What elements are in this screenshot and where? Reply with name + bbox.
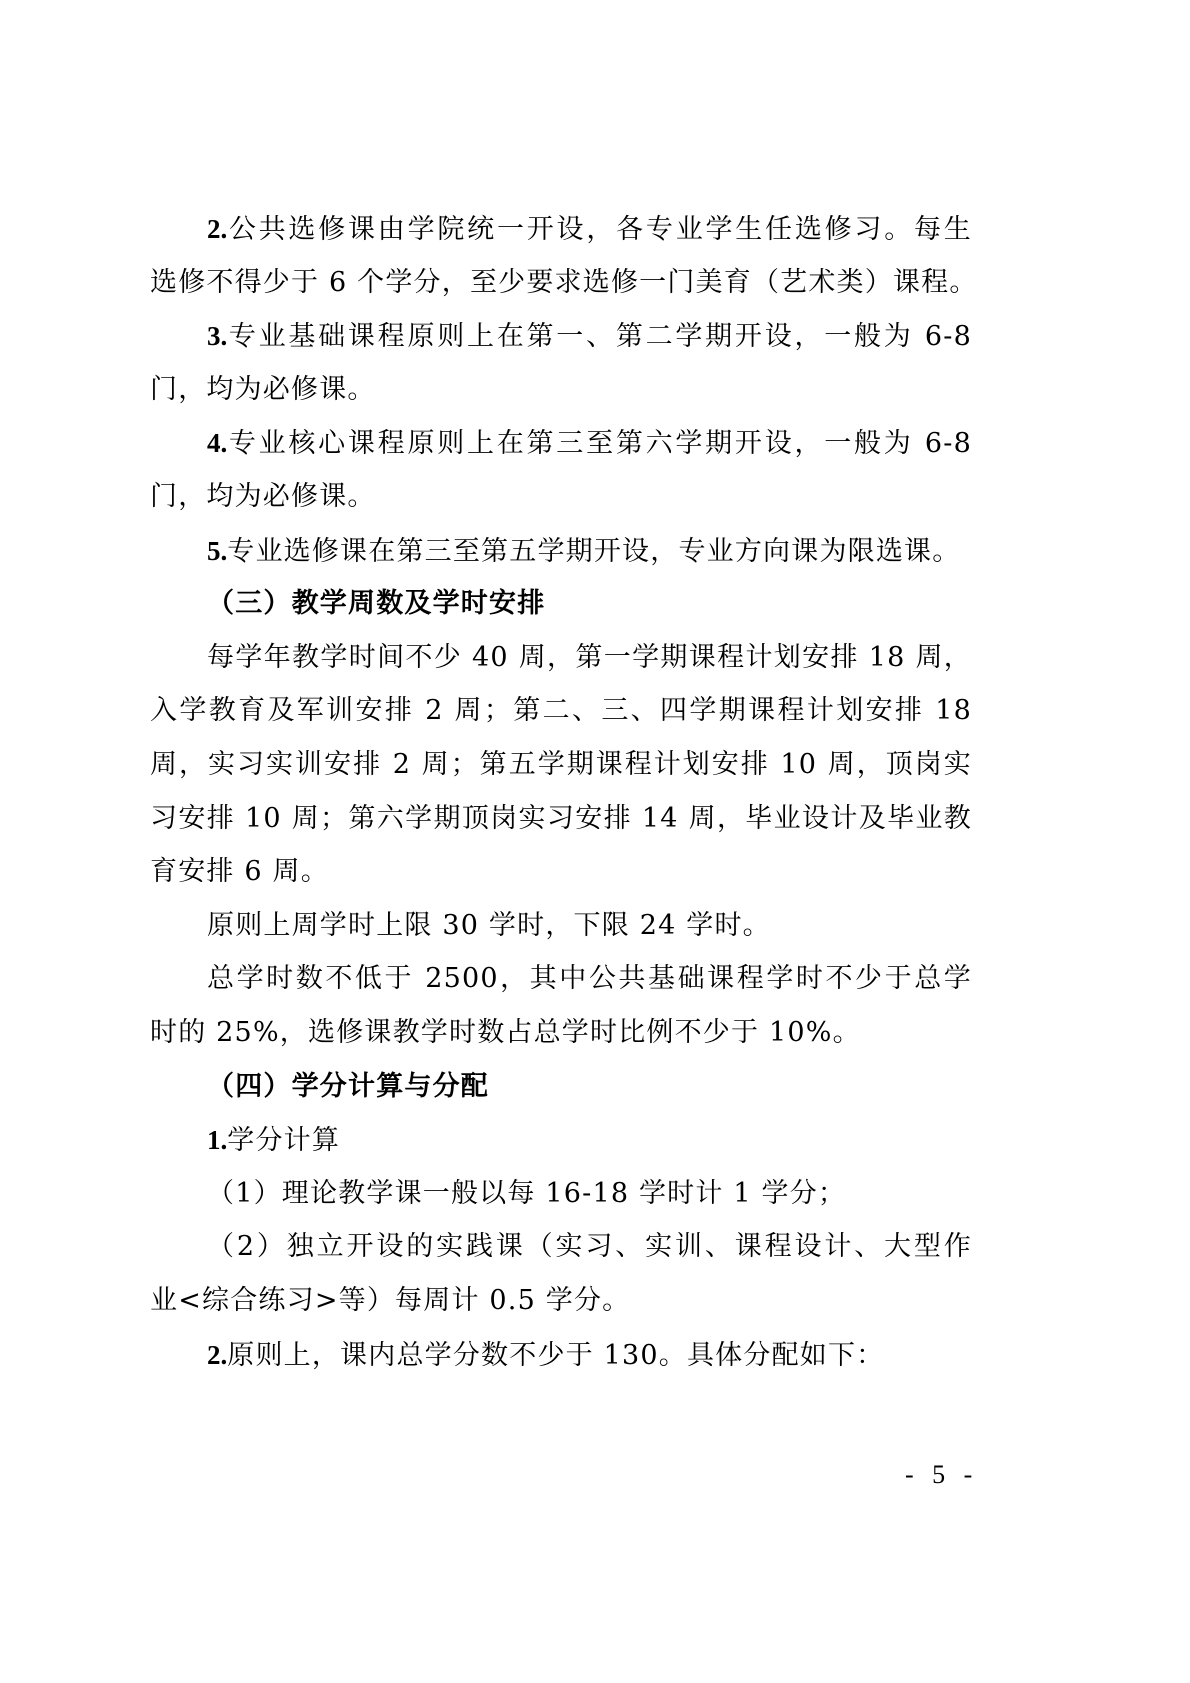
line-text: （三）教学周数及学时安排	[207, 588, 545, 619]
line-text: 育安排 6 周。	[150, 856, 329, 887]
item-number: 2.	[207, 1340, 227, 1370]
paragraph-line: 业<综合练习>等）每周计 0.5 学分。	[150, 1283, 972, 1319]
line-text: （2）独立开设的实践课（实习、实训、课程设计、大型作	[207, 1231, 972, 1262]
line-text: 公共选修课由学院统一开设，各专业学生任选修习。每生	[227, 214, 972, 245]
item-number: 4.	[207, 428, 227, 458]
line-text: 原则上，课内总学分数不少于 130。具体分配如下：	[227, 1340, 884, 1371]
paragraph-line: 选修不得少于 6 个学分，至少要求选修一门美育（艺术类）课程。	[150, 265, 972, 301]
paragraph-line: 2.原则上，课内总学分数不少于 130。具体分配如下：	[207, 1337, 972, 1374]
paragraph-line: 时的 25%，选修课教学时数占总学时比例不少于 10%。	[150, 1015, 972, 1051]
line-text: 专业基础课程原则上在第一、第二学期开设，一般为 6-8	[227, 321, 972, 352]
paragraph-line: 习安排 10 周；第六学期顶岗实习安排 14 周，毕业设计及毕业教	[150, 801, 972, 837]
line-text: （四）学分计算与分配	[207, 1071, 489, 1102]
paragraph-line: 周，实习实训安排 2 周；第五学期课程计划安排 10 周，顶岗实	[150, 747, 972, 783]
paragraph-line: 育安排 6 周。	[150, 854, 972, 890]
section-heading: （四）学分计算与分配	[207, 1069, 972, 1105]
line-text: 时的 25%，选修课教学时数占总学时比例不少于 10%。	[150, 1017, 861, 1048]
line-text: 每学年教学时间不少 40 周，第一学期课程计划安排 18 周，	[207, 642, 972, 673]
line-text: 入学教育及军训安排 2 周；第二、三、四学期课程计划安排 18	[150, 695, 972, 726]
paragraph-line: 3.专业基础课程原则上在第一、第二学期开设，一般为 6-8	[207, 318, 972, 355]
paragraph-line: 入学教育及军训安排 2 周；第二、三、四学期课程计划安排 18	[150, 693, 972, 729]
item-number: 1.	[207, 1125, 227, 1155]
line-text: 门，均为必修课。	[150, 481, 376, 512]
paragraph-line: 5.专业选修课在第三至第五学期开设，专业方向课为限选课。	[207, 533, 972, 570]
section-heading: （三）教学周数及学时安排	[207, 586, 972, 622]
paragraph-line: （1）理论教学课一般以每 16-18 学时计 1 学分；	[207, 1176, 972, 1212]
line-text: 选修不得少于 6 个学分，至少要求选修一门美育（艺术类）课程。	[150, 267, 978, 298]
line-text: 原则上周学时上限 30 学时，下限 24 学时。	[207, 910, 771, 941]
line-text: 业<综合练习>等）每周计 0.5 学分。	[150, 1285, 630, 1316]
paragraph-line: 原则上周学时上限 30 学时，下限 24 学时。	[207, 908, 972, 944]
paragraph-line: 4.专业核心课程原则上在第三至第六学期开设，一般为 6-8	[207, 425, 972, 462]
paragraph-line: 门，均为必修课。	[150, 479, 972, 515]
paragraph-line: 门，均为必修课。	[150, 372, 972, 408]
paragraph-line: （2）独立开设的实践课（实习、实训、课程设计、大型作	[207, 1229, 972, 1265]
paragraph-line: 2.公共选修课由学院统一开设，各专业学生任选修习。每生	[207, 211, 972, 248]
line-text: 学分计算	[227, 1125, 340, 1156]
item-number: 5.	[207, 536, 227, 566]
line-text: 总学时数不低于 2500，其中公共基础课程学时不少于总学	[207, 963, 972, 994]
paragraph-line: 每学年教学时间不少 40 周，第一学期课程计划安排 18 周，	[207, 640, 972, 676]
paragraph-line: 1.学分计算	[207, 1122, 972, 1159]
line-text: （1）理论教学课一般以每 16-18 学时计 1 学分；	[207, 1178, 846, 1209]
paragraph-line: 总学时数不低于 2500，其中公共基础课程学时不少于总学	[207, 961, 972, 997]
line-text: 周，实习实训安排 2 周；第五学期课程计划安排 10 周，顶岗实	[150, 749, 972, 780]
document-page: 2.公共选修课由学院统一开设，各专业学生任选修习。每生选修不得少于 6 个学分，…	[0, 0, 1190, 1683]
page-number: - 5 -	[905, 1460, 978, 1490]
item-number: 2.	[207, 214, 227, 244]
line-text: 专业核心课程原则上在第三至第六学期开设，一般为 6-8	[227, 428, 972, 459]
line-text: 门，均为必修课。	[150, 374, 376, 405]
line-text: 专业选修课在第三至第五学期开设，专业方向课为限选课。	[227, 536, 960, 567]
line-text: 习安排 10 周；第六学期顶岗实习安排 14 周，毕业设计及毕业教	[150, 803, 972, 834]
item-number: 3.	[207, 321, 227, 351]
